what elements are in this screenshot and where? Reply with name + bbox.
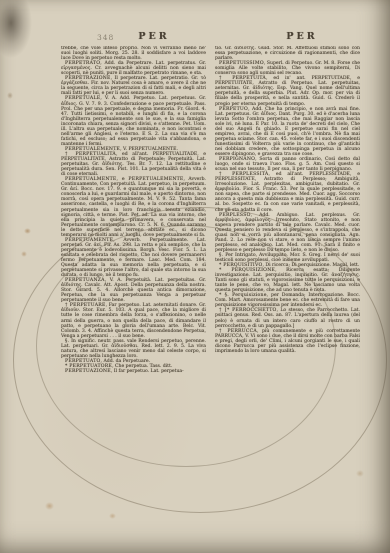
entry-text: , V. A. Add. Perpetuo. Lat. perpetuus. G… <box>61 96 206 146</box>
scanned-page: 348 PER PER trebbe, che vole inteso prop… <box>0 0 390 553</box>
foxing-spot <box>21 251 27 257</box>
page-number: 348 <box>97 33 114 42</box>
dictionary-entry: PERPETUO, Add. Che ha principio, e non a… <box>215 107 360 157</box>
entry-text: tio. Gr. ἀϊδιότης. Guid. Stor. M. Affett… <box>215 46 360 61</box>
dictionary-entry: §. In signific. neutr. pass. vale Render… <box>61 339 206 359</box>
foxing-spot <box>109 513 116 519</box>
entry-text: , Add. Che ha principio, e non avrà mai … <box>215 107 360 157</box>
page-header: 348 PER PER <box>0 31 390 43</box>
dictionary-entry: PERPETUAZIONE, Il far perpetuo. Lat. per… <box>61 369 206 374</box>
dictionary-entry: trebbe, che vole inteso proprio. Non vi … <box>61 46 206 61</box>
column-right: tio. Gr. ἀϊδιότης. Guid. Stor. M. Affett… <box>215 46 360 416</box>
dictionary-entry: §. Per Intrigato, Avviluppato. Mor. S. G… <box>215 253 360 263</box>
dictionary-entry: PERPIGNANO, Sorta di panno ordinario, Co… <box>215 157 360 172</box>
dictionary-entry: * PERQUISIZIONE, Ricerca esatta; Diligen… <box>215 268 360 293</box>
dictionary-entry: † [* PERROCCHETTO, Lo stesso, che Parroc… <box>215 308 360 328</box>
entry-text: Per Intrigato, Avviluppato. Mor. S. Greg… <box>215 253 360 263</box>
foxing-spot <box>45 502 54 510</box>
dictionary-entry: † PERPETUARE, Far perpetuo. Lat. aeterni… <box>61 303 206 338</box>
entry-text: trebbe, che vole inteso proprio. Non vi … <box>61 46 206 61</box>
dictionary-entry: † PERPETUITÀ, ed in' ant. PERPETUITADE, … <box>215 76 360 106</box>
entry-text: In signific. neutr. pass. vale Rendersi … <box>61 339 206 359</box>
entry-text: , ed all'ant. PERPLESSITADE, e PERPLESSI… <box>215 172 360 212</box>
entry-text: , Add. Ambiguo. Lat. perplexus. Gr. ἀμφί… <box>215 213 360 253</box>
dictionary-entry: PERPETUAMENTE, Avverb. Perpetualmente. L… <box>61 238 206 278</box>
dictionary-entry: PERPETUANZA, V. A. Perpetuità. Lat. perp… <box>61 278 206 303</box>
dictionary-entry: † PERRUCCA, più comunemente e più corret… <box>215 329 360 354</box>
dictionary-entry: tio. Gr. ἀϊδιότης. Guid. Stor. M. Affett… <box>215 46 360 61</box>
entry-headword: PERPETUAZIONE <box>65 369 111 374</box>
text-columns: trebbe, che vole inteso proprio. Non vi … <box>61 46 360 438</box>
entry-text: , Far perpetuo. Lat. aeternitati donare.… <box>61 303 206 338</box>
dictionary-entry: PERPETRAZIONE, Il perpetrare. Lat. perpe… <box>61 76 206 96</box>
running-title-right: PER <box>286 31 317 42</box>
corner-stain <box>0 0 32 58</box>
foxing-spot <box>356 470 364 477</box>
entry-text: , Avverb. Perpetualmente. Lat. perpetuo.… <box>61 238 206 278</box>
foxing-spot <box>24 228 31 234</box>
dictionary-entry: * §. Perquisizione, per Domanda; Interro… <box>215 293 360 308</box>
dictionary-entry: † PERPLESSITÀ, ed all'ant. PERPLESSITADE… <box>215 172 360 212</box>
dictionary-entry: PERPETRATO, Add. da Perpetrare. Lat. per… <box>61 61 206 76</box>
foxing-spot <box>7 92 13 99</box>
dictionary-entry: PERPLESSO, Add. Ambiguo. Lat. perplexus.… <box>215 213 360 253</box>
entry-text: , ed in' ant. PERPETUITADE, e PERPETUITA… <box>215 76 360 106</box>
dictionary-entry: PERPETUALE, V. A. Add. Perpetuo. Lat. pe… <box>61 96 206 146</box>
column-left: trebbe, che vole inteso proprio. Non vi … <box>61 46 206 438</box>
entry-text: , Il far perpetuo. Lat. perpetua- <box>111 369 184 374</box>
entry-text: , Avverb. Continuamente, Con perpetuità.… <box>61 177 206 238</box>
dictionary-entry: PERPETUISSIMO, Superl. di Perpetuo. Gr. … <box>215 61 360 76</box>
dictionary-entry: † PERPETUALITÀ, ed all'ant. PERPETUALITA… <box>61 152 206 177</box>
dictionary-entry: PERPETUALMENTE, e PERPETUALEMENTE, Avver… <box>61 177 206 238</box>
running-title-left: PER <box>138 31 169 42</box>
